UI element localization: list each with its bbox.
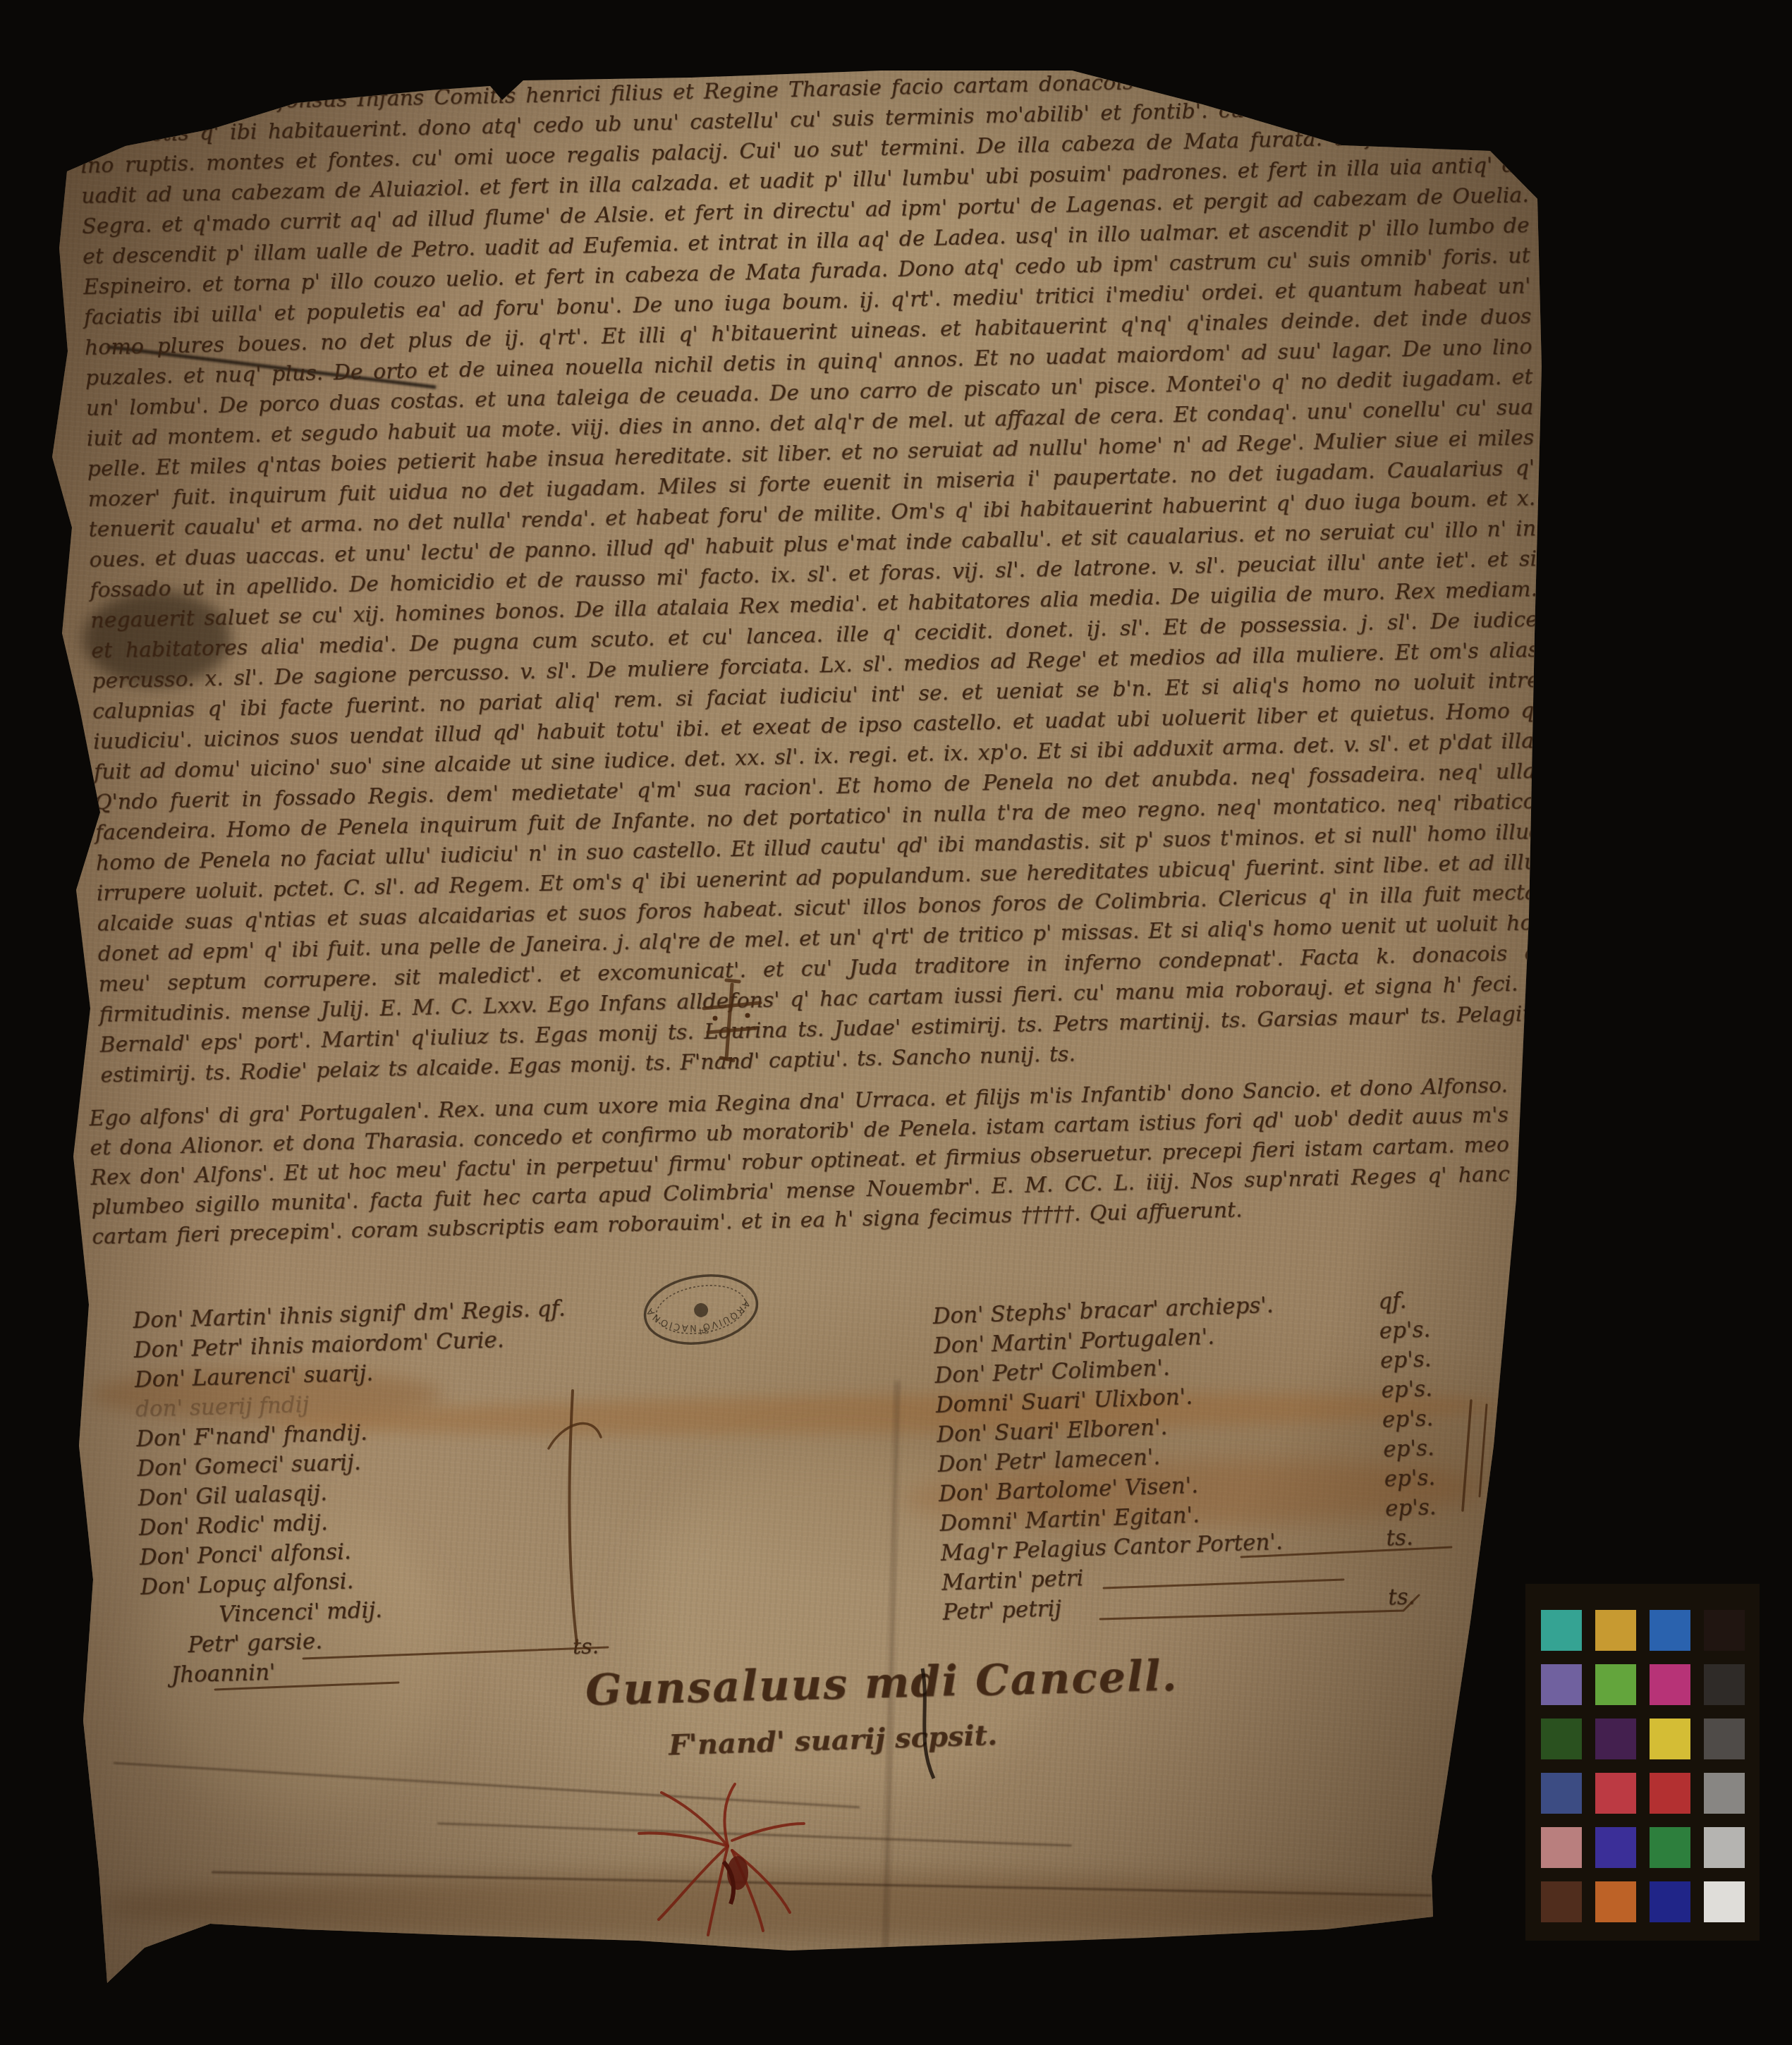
witness-mark: ep's. [1379, 1315, 1431, 1348]
color-swatch [1704, 1827, 1745, 1868]
color-swatch [1595, 1881, 1636, 1922]
witness-mark: qf. [1378, 1286, 1407, 1318]
witness-name: Don' Petr' lamecen'. [937, 1444, 1161, 1477]
color-swatch [1541, 1773, 1582, 1814]
charter-main-text: In di nme. Ego Alfonsus Infans Comitis h… [79, 59, 1547, 1090]
scribe-signature: F'nand' suarij scpsit. [668, 1719, 997, 1762]
witness-mark: ts. [1386, 1523, 1414, 1555]
color-swatch [1650, 1881, 1690, 1922]
color-swatch [1704, 1719, 1745, 1759]
witness-column-left: Don' Martin' ihnis signif' dm' Regis. qf… [133, 1291, 679, 1691]
color-swatch [1704, 1881, 1745, 1922]
witness-column-right: Don' Stephs' bracar' archieps'.qf. Don' … [932, 1283, 1493, 1628]
royal-confirmation-text: Ego alfons' di gra' Portugalen'. Rex. un… [89, 1071, 1511, 1252]
parchment-sheet: In di nme. Ego Alfonsus Infans Comitis h… [0, 0, 1792, 2045]
color-swatch [1595, 1773, 1636, 1814]
color-checker-grid [1541, 1610, 1760, 1922]
witness-mark: ep's. [1382, 1404, 1434, 1436]
witness-name: Martin' petri [941, 1565, 1084, 1596]
color-swatch [1704, 1610, 1745, 1651]
fold-crease [212, 1871, 1432, 1896]
photograph-backdrop: In di nme. Ego Alfonsus Infans Comitis h… [0, 0, 1792, 2045]
stain [99, 1873, 1439, 1940]
stamp-number: 34 [698, 1326, 709, 1336]
color-swatch [1541, 1664, 1582, 1705]
color-calibration-card [1525, 1584, 1760, 1941]
color-swatch [1650, 1610, 1690, 1651]
fold-crease [437, 1822, 1072, 1846]
color-swatch [1650, 1827, 1690, 1868]
stamp-arc-text: ARQUIVO NACIONAL [643, 1288, 767, 1356]
witness-mark: ep's. [1379, 1345, 1432, 1377]
witness-mark: ep's. [1384, 1492, 1437, 1525]
color-swatch [1595, 1827, 1636, 1868]
color-swatch [1541, 1827, 1582, 1868]
svg-text:ARQUIVO NACIONAL: ARQUIVO NACIONAL [643, 1288, 767, 1356]
color-swatch [1650, 1773, 1690, 1814]
witness-mark: ts. [1388, 1582, 1416, 1614]
archive-stamp: ARQUIVO NACIONAL 34 [635, 1263, 767, 1356]
witness-mark: ep's. [1383, 1434, 1435, 1466]
color-swatch [1595, 1664, 1636, 1705]
witness-name: Petr' petrij [942, 1596, 1062, 1625]
color-swatch [1704, 1773, 1745, 1814]
color-swatch [1650, 1664, 1690, 1705]
fold-crease [114, 1762, 860, 1809]
witness-mark: ep's. [1384, 1463, 1436, 1496]
color-swatch [1595, 1610, 1636, 1651]
color-swatch [1650, 1719, 1690, 1759]
color-swatch [1541, 1881, 1582, 1922]
color-swatch [1595, 1719, 1636, 1759]
color-swatch [1704, 1664, 1745, 1705]
witness-mark: ts. [573, 1634, 599, 1659]
color-swatch [1541, 1719, 1582, 1759]
color-swatch [1541, 1610, 1582, 1651]
witness-mark: ep's. [1381, 1374, 1433, 1407]
stamp-emblem-icon [693, 1302, 709, 1319]
